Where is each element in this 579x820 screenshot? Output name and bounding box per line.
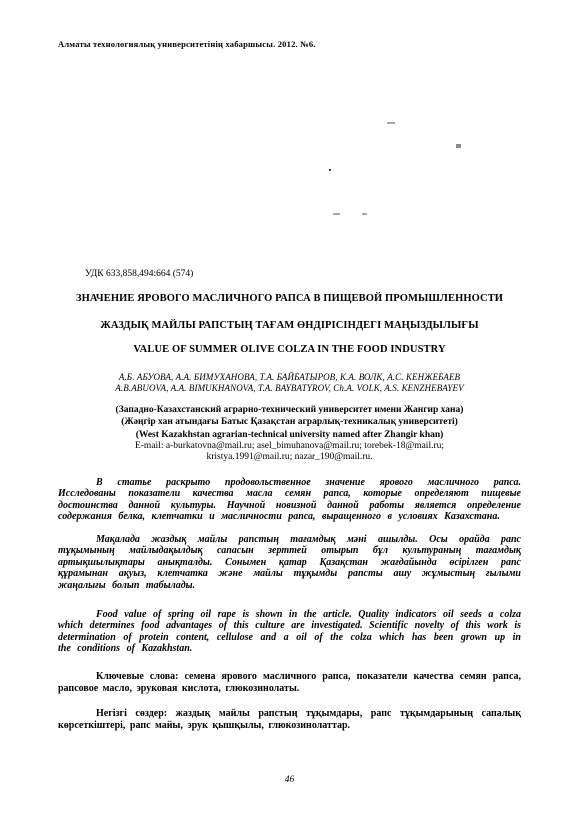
paper-page: Алматы технологиялық университетінің хаб…: [0, 0, 579, 820]
email-line-1: E-mail: a-burkatovna@mail.ru; asel_bimuh…: [58, 441, 521, 451]
scan-artifact: [362, 213, 367, 215]
keywords-kazakh: Негізгі сөздер: жаздық майлы рапстың тұқ…: [58, 708, 521, 731]
authors-latin: A.B.ABUOVA, A.A. BIMUKHANOVA, T.A. BAYBA…: [58, 383, 521, 393]
abstract-russian: В статье раскрыто продовольственное знач…: [58, 477, 521, 523]
affiliation-kazakh: (Жәңгір хан атындағы Батыс Қазақстан агр…: [58, 417, 521, 427]
abstract-english: Food value of spring oil rape is shown i…: [58, 609, 521, 655]
authors-cyrillic: А.Б. АБУОВА, А.А. БИМУХАНОВА, Т.А. БАЙБА…: [58, 372, 521, 382]
article-title-english: VALUE OF SUMMER OLIVE COLZA IN THE FOOD …: [58, 344, 521, 355]
udc-number: УДК 633,858,494:664 (574): [85, 269, 193, 279]
article-title-russian: ЗНАЧЕНИЕ ЯРОВОГО МАСЛИЧНОГО РАПСА В ПИЩЕ…: [58, 293, 521, 304]
scan-artifact: [387, 122, 395, 124]
scan-artifact: [333, 213, 340, 215]
page-number: 46: [58, 775, 521, 785]
scan-artifact: [456, 144, 461, 148]
affiliation-russian: (Западно-Казахстанский аграрно-техническ…: [58, 405, 521, 415]
abstract-kazakh: Мақалада жаздық майлы рапстың тағамдық м…: [58, 534, 521, 591]
article-title-kazakh: ЖАЗДЫҚ МАЙЛЫ РАПСТЫҢ ТАҒАМ ӨНДІРІСІНДЕГІ…: [58, 320, 521, 331]
affiliation-english: (West Kazakhstan agrarian-technical univ…: [58, 430, 521, 440]
email-line-2: kristya.1991@mail.ru; nazar_190@mail.ru.: [58, 452, 521, 462]
scan-artifact: [329, 169, 331, 171]
journal-header: Алматы технологиялық университетінің хаб…: [58, 39, 316, 49]
keywords-russian: Ключевые слова: семена ярового масличног…: [58, 671, 521, 694]
